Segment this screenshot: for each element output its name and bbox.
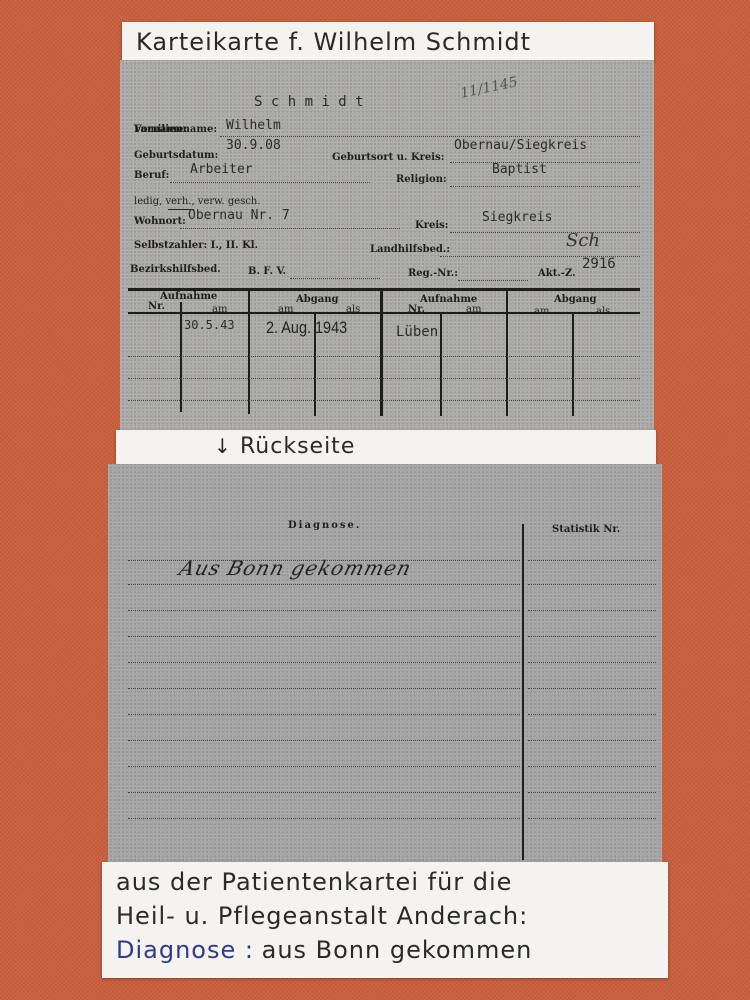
geburtsdatum-label: Geburtsdatum: <box>134 150 218 161</box>
aufnahme-am-value: 30.5.43 <box>184 318 235 332</box>
religion-value: Baptist <box>492 162 547 177</box>
middle-note-paper: ↓ Rückseite <box>116 430 656 464</box>
col-am-1: am <box>212 304 227 315</box>
beruf-value: Arbeiter <box>190 162 253 177</box>
geburtsort-value: Obernau/Siegkreis <box>454 138 587 153</box>
geburtsdatum-value: 30.9.08 <box>226 138 281 153</box>
col-abgang-2: Abgang <box>554 294 597 305</box>
familienstand-label: ledig, verh., verw. gesch. <box>134 196 261 207</box>
diagnose-note-label: Diagnose : <box>116 936 254 964</box>
col-als-2: als <box>596 306 610 317</box>
col-am-3: am <box>466 304 481 315</box>
bezirkshilfsbed-value: B. F. V. <box>248 266 286 277</box>
top-note-title: Karteikarte f. Wilhelm Schmidt <box>136 28 531 56</box>
col-abgang-1: Abgang <box>296 294 339 305</box>
bottom-note-line3: Diagnose : aus Bonn gekommen <box>116 936 532 964</box>
akt-z-value: 2916 <box>582 256 616 272</box>
bottom-note-line2: Heil- u. Pflegeanstalt Anderach: <box>116 902 528 930</box>
landhilfsbed-value: Sch <box>566 230 600 251</box>
bottom-note-line1: aus der Patientenkartei für die <box>116 868 512 896</box>
front-card: 11/1145 Familienname: S c h m i d t Vorn… <box>120 60 654 432</box>
corner-note: 11/1145 <box>459 74 519 102</box>
top-note-paper: Karteikarte f. Wilhelm Schmidt <box>122 22 654 62</box>
col-nr-1: Nr. <box>148 301 165 312</box>
abgang-am-value: 2. Aug. 1943 <box>266 318 347 338</box>
col-am-2: am <box>278 304 293 315</box>
religion-label: Religion: <box>396 174 447 185</box>
reg-nr-label: Reg.-Nr.: <box>408 268 458 279</box>
bottom-note-paper: aus der Patientenkartei für die Heil- u.… <box>102 862 668 978</box>
wohnort-label: Wohnort: <box>134 216 186 227</box>
col-als-1: als <box>346 304 360 315</box>
vorname-label: Vorname: <box>134 124 187 135</box>
akt-z-label: Akt.-Z. <box>538 268 576 279</box>
selbstzahler-label: Selbstzahler: I., II. Kl. <box>134 240 258 251</box>
col-nr-2: Nr. <box>408 304 425 315</box>
familienname-value: S c h m i d t <box>254 94 364 110</box>
back-card: Diagnose. Statistik Nr. Aus Bonn gekomme… <box>108 464 662 862</box>
beruf-label: Beruf: <box>134 170 169 181</box>
wohnort-value: Obernau Nr. 7 <box>188 208 290 223</box>
geburtsort-label: Geburtsort u. Kreis: <box>332 152 444 163</box>
diagnose-note-value: aus Bonn gekommen <box>262 936 533 964</box>
vorname-value: Wilhelm <box>226 118 281 133</box>
col-aufnahme-1: Aufnahme <box>160 291 217 302</box>
down-arrow-icon: ↓ <box>214 434 232 458</box>
col-am-4: am <box>534 306 549 317</box>
statistik-label: Statistik Nr. <box>552 524 620 535</box>
landhilfsbed-label: Landhilfsbed.: <box>370 244 450 255</box>
kreis-label: Kreis: <box>415 220 448 231</box>
rueckseite-label: Rückseite <box>240 434 355 459</box>
bezirkshilfsbed-label: Bezirkshilfsbed. <box>130 264 221 275</box>
diagnose-label: Diagnose. <box>288 520 361 531</box>
abgang-als-value: Lüben <box>396 324 438 340</box>
kreis-value: Siegkreis <box>482 210 552 225</box>
